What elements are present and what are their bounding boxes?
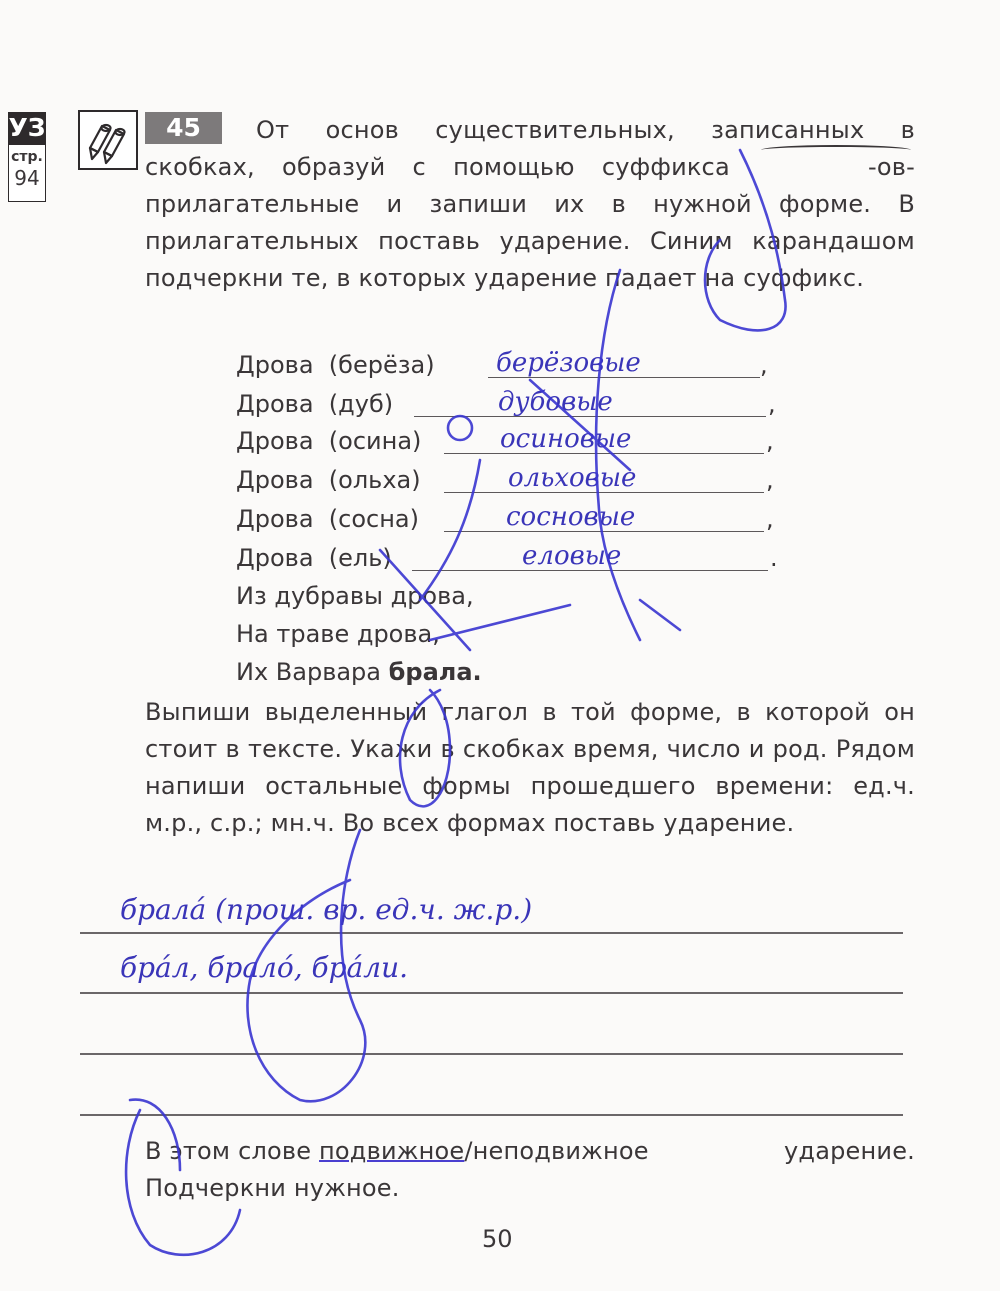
row-label: Дрова (236, 544, 314, 572)
row-label: Дрова (236, 351, 314, 379)
row-punct: , (760, 346, 768, 384)
row-label: Дрова (236, 427, 314, 455)
task-instruction: От основ существительных, записанных в с… (145, 112, 915, 297)
reference-page-label: стр. (9, 149, 45, 165)
highlighted-verb: брала. (389, 658, 482, 686)
handwritten-answer: осиновые (500, 420, 631, 458)
answer-line[interactable] (80, 992, 903, 994)
exercise-row: Дрова (сосна) сосновые , (236, 500, 796, 538)
row-label: Дрова (236, 466, 314, 494)
poem-line-start: Их Варвара (236, 658, 389, 686)
row-noun: (осина) (329, 427, 422, 455)
row-noun: (берёза) (329, 351, 435, 379)
option-separator: / (464, 1137, 472, 1165)
exercise-row: Дрова (ольха) ольховые , (236, 461, 796, 499)
row-label: Дрова (236, 390, 314, 418)
exercise-row: Дрова (ель) еловые . (236, 539, 796, 577)
task3-end: ударение. (784, 1133, 915, 1170)
exercise-row: Дрова (дуб) дубовые , (236, 385, 796, 423)
handwritten-answer: еловые (522, 537, 621, 575)
row-noun: (ольха) (329, 466, 421, 494)
row-punct: , (766, 461, 774, 499)
task3-line-2: Подчеркни нужное. (145, 1170, 915, 1207)
option-selected[interactable]: подвижное (319, 1137, 464, 1165)
handwritten-answer: дубовые (498, 383, 613, 421)
task3-line-1: В этом слове подвижное/неподвижное ударе… (145, 1133, 915, 1170)
row-noun: (сосна) (329, 505, 419, 533)
task3-instruction: В этом слове подвижное/неподвижное ударе… (145, 1133, 915, 1207)
reference-page-number: 94 (9, 166, 45, 190)
row-noun: (ель) (329, 544, 392, 572)
page-number: 50 (482, 1225, 513, 1253)
handwritten-answer: сосновые (506, 498, 635, 536)
task3-start: В этом слове (145, 1137, 319, 1165)
instruction-text-b: прилагательные и запиши их в нужной форм… (145, 190, 915, 292)
row-punct: , (766, 422, 774, 460)
handwritten-answer: ольховые (508, 459, 636, 497)
option-other[interactable]: неподвижное (473, 1137, 649, 1165)
row-punct: , (768, 385, 776, 423)
answer-line[interactable] (80, 1053, 903, 1055)
answer-line[interactable] (80, 1114, 903, 1116)
row-punct: , (766, 500, 774, 538)
task2-instruction: Выпиши выделенный глагол в той форме, в … (145, 694, 915, 842)
poem-line: Их Варвара брала. (236, 653, 482, 691)
answer-line[interactable] (80, 932, 903, 934)
row-punct: . (770, 539, 778, 577)
poem: Из дубравы дрова, На траве дрова, Их Вар… (236, 577, 482, 691)
handwritten-answer-line-2: бра́л, брало́, бра́ли. (120, 951, 408, 984)
exercise-row: Дрова (берёза) берёзовые , (236, 346, 776, 384)
exercise-row: Дрова (осина) осиновые , (236, 422, 796, 460)
reference-page-box: стр. 94 (8, 144, 46, 202)
row-label: Дрова (236, 505, 314, 533)
poem-line: На траве дрова, (236, 615, 482, 653)
pencils-icon (78, 110, 138, 170)
section-tab-code: УЗ (8, 112, 46, 144)
row-noun: (дуб) (329, 390, 393, 418)
handwritten-answer-line-1: брала́ (прош. вр. ед.ч. ж.р.) (120, 893, 532, 926)
poem-line: Из дубравы дрова, (236, 577, 482, 615)
handwritten-answer: берёзовые (496, 344, 641, 382)
suffix-ov: -ов- (757, 149, 915, 186)
